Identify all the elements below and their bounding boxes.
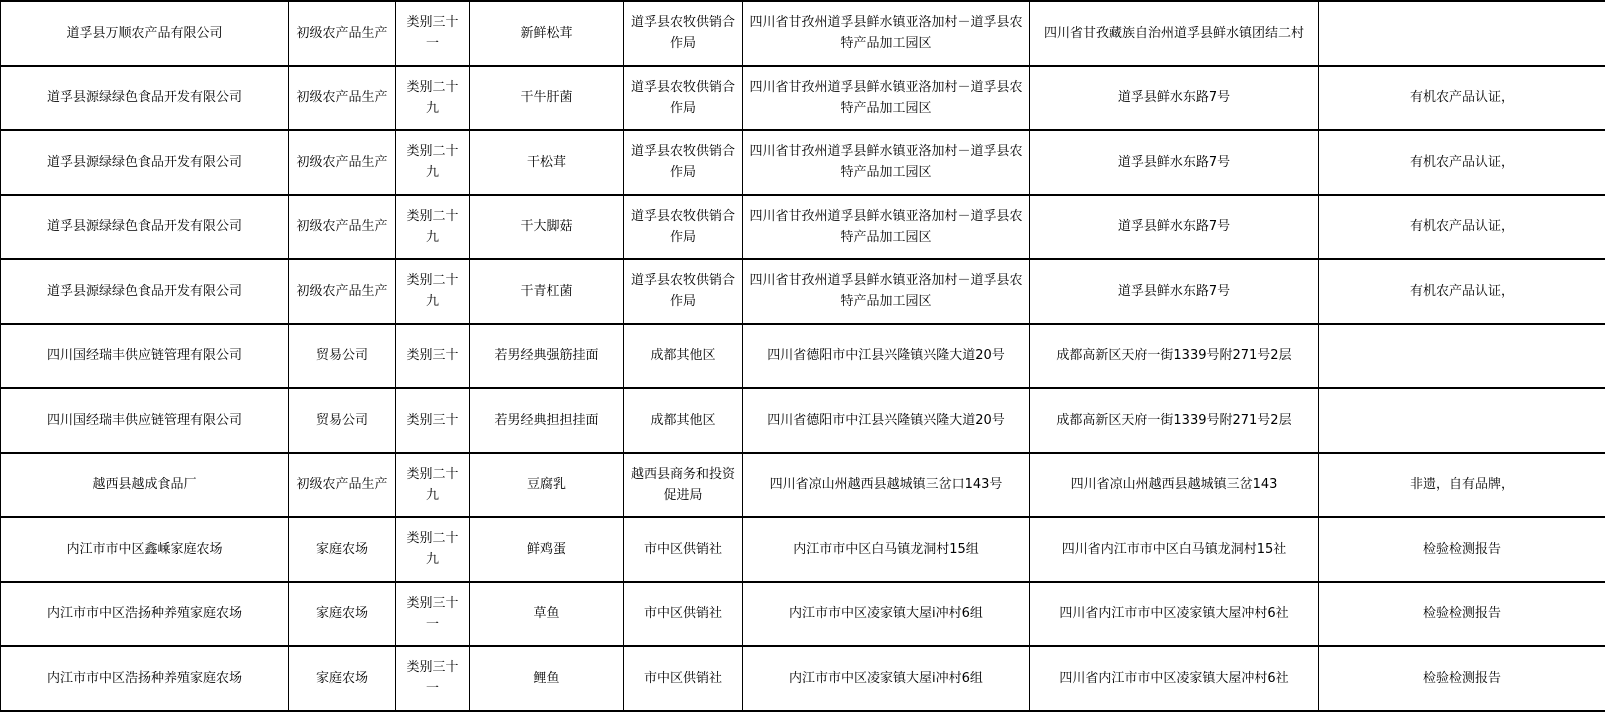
table-cell: 道孚县农牧供销合作局 xyxy=(624,1,743,66)
supplier-products-table: 道孚县万顺农产品有限公司初级农产品生产类别三十一新鲜松茸道孚县农牧供销合作局四川… xyxy=(0,0,1605,712)
table-cell: 道孚县农牧供销合作局 xyxy=(624,195,743,260)
table-cell: 内江市市中区浩扬种养殖家庭农场 xyxy=(1,582,289,647)
table-cell xyxy=(1319,388,1605,453)
table-cell: 草鱼 xyxy=(470,582,624,647)
table-cell: 道孚县源绿绿色食品开发有限公司 xyxy=(1,130,289,195)
table-cell: 贸易公司 xyxy=(289,388,396,453)
table-cell: 类别三十 xyxy=(396,388,470,453)
table-cell: 豆腐乳 xyxy=(470,453,624,518)
table-cell: 四川省甘孜州道孚县鲜水镇亚洛加村－道孚县农特产品加工园区 xyxy=(743,130,1030,195)
table-cell: 若男经典强筋挂面 xyxy=(470,324,624,389)
table-cell: 市中区供销社 xyxy=(624,646,743,711)
table-cell: 鲤鱼 xyxy=(470,646,624,711)
table-cell: 道孚县农牧供销合作局 xyxy=(624,259,743,324)
table-cell: 有机农产品认证， xyxy=(1319,195,1605,260)
table-cell: 检验检测报告 xyxy=(1319,582,1605,647)
table-cell: 成都高新区天府一街1339号附271号2层 xyxy=(1030,324,1319,389)
table-cell: 道孚县农牧供销合作局 xyxy=(624,66,743,131)
table-cell: 道孚县万顺农产品有限公司 xyxy=(1,1,289,66)
table-cell: 类别三十 xyxy=(396,324,470,389)
table-cell: 道孚县源绿绿色食品开发有限公司 xyxy=(1,259,289,324)
table-cell: 家庭农场 xyxy=(289,517,396,582)
table-cell: 道孚县源绿绿色食品开发有限公司 xyxy=(1,66,289,131)
table-cell: 类别二十九 xyxy=(396,259,470,324)
table-row: 四川国经瑞丰供应链管理有限公司贸易公司类别三十若男经典强筋挂面成都其他区四川省德… xyxy=(1,324,1605,389)
table-cell: 检验检测报告 xyxy=(1319,646,1605,711)
table-cell: 初级农产品生产 xyxy=(289,259,396,324)
table-cell: 成都高新区天府一街1339号附271号2层 xyxy=(1030,388,1319,453)
table-cell: 四川省甘孜州道孚县鲜水镇亚洛加村－道孚县农特产品加工园区 xyxy=(743,1,1030,66)
table-cell: 内江市市中区白马镇龙洞村15组 xyxy=(743,517,1030,582)
table-cell: 有机农产品认证， xyxy=(1319,259,1605,324)
table-cell: 市中区供销社 xyxy=(624,517,743,582)
table-cell: 越西县越成食品厂 xyxy=(1,453,289,518)
table-cell xyxy=(1319,324,1605,389)
table-cell: 四川省德阳市中江县兴隆镇兴隆大道20号 xyxy=(743,324,1030,389)
table-cell: 类别二十九 xyxy=(396,66,470,131)
table-cell: 类别三十一 xyxy=(396,1,470,66)
table-cell: 家庭农场 xyxy=(289,582,396,647)
table-row: 道孚县源绿绿色食品开发有限公司初级农产品生产类别二十九干牛肝菌道孚县农牧供销合作… xyxy=(1,66,1605,131)
table-cell xyxy=(1319,1,1605,66)
table-cell: 贸易公司 xyxy=(289,324,396,389)
table-cell: 四川国经瑞丰供应链管理有限公司 xyxy=(1,324,289,389)
table-cell: 干青杠菌 xyxy=(470,259,624,324)
table-cell: 四川省德阳市中江县兴隆镇兴隆大道20号 xyxy=(743,388,1030,453)
table-row: 内江市市中区浩扬种养殖家庭农场家庭农场类别三十一草鱼市中区供销社内江市市中区凌家… xyxy=(1,582,1605,647)
table-cell: 类别二十九 xyxy=(396,195,470,260)
table-cell: 类别二十九 xyxy=(396,130,470,195)
table-cell: 家庭农场 xyxy=(289,646,396,711)
table-cell: 初级农产品生产 xyxy=(289,66,396,131)
table-cell: 干松茸 xyxy=(470,130,624,195)
table-cell: 四川省内江市市中区凌家镇大屋冲村6社 xyxy=(1030,582,1319,647)
table-cell: 内江市市中区凌家镇大屋i冲村6组 xyxy=(743,582,1030,647)
table-cell: 类别二十九 xyxy=(396,517,470,582)
table-cell: 初级农产品生产 xyxy=(289,1,396,66)
table-cell: 道孚县鲜水东路7号 xyxy=(1030,259,1319,324)
table-cell: 类别三十一 xyxy=(396,646,470,711)
table-cell: 成都其他区 xyxy=(624,324,743,389)
table-cell: 若男经典担担挂面 xyxy=(470,388,624,453)
table-cell: 有机农产品认证， xyxy=(1319,66,1605,131)
document-sheet: 道孚县万顺农产品有限公司初级农产品生产类别三十一新鲜松茸道孚县农牧供销合作局四川… xyxy=(0,0,1605,727)
table-row: 道孚县源绿绿色食品开发有限公司初级农产品生产类别二十九干大脚菇道孚县农牧供销合作… xyxy=(1,195,1605,260)
table-cell: 道孚县鲜水东路7号 xyxy=(1030,195,1319,260)
table-cell: 道孚县鲜水东路7号 xyxy=(1030,130,1319,195)
table-cell: 道孚县鲜水东路7号 xyxy=(1030,66,1319,131)
table-cell: 内江市市中区凌家镇大屋i冲村6组 xyxy=(743,646,1030,711)
table-cell: 四川省凉山州越西县越城镇三岔口143号 xyxy=(743,453,1030,518)
table-cell: 类别二十九 xyxy=(396,453,470,518)
table-cell: 成都其他区 xyxy=(624,388,743,453)
table-cell: 内江市市中区浩扬种养殖家庭农场 xyxy=(1,646,289,711)
table-row: 道孚县万顺农产品有限公司初级农产品生产类别三十一新鲜松茸道孚县农牧供销合作局四川… xyxy=(1,1,1605,66)
table-cell: 道孚县农牧供销合作局 xyxy=(624,130,743,195)
table-row: 道孚县源绿绿色食品开发有限公司初级农产品生产类别二十九干青杠菌道孚县农牧供销合作… xyxy=(1,259,1605,324)
table-cell: 四川省内江市市中区白马镇龙洞村15社 xyxy=(1030,517,1319,582)
table-row: 越西县越成食品厂初级农产品生产类别二十九豆腐乳越西县商务和投资促进局四川省凉山州… xyxy=(1,453,1605,518)
table-cell: 类别三十一 xyxy=(396,582,470,647)
table-cell: 四川省甘孜藏族自治州道孚县鲜水镇团结二村 xyxy=(1030,1,1319,66)
table-cell: 市中区供销社 xyxy=(624,582,743,647)
table-cell: 越西县商务和投资促进局 xyxy=(624,453,743,518)
table-cell: 初级农产品生产 xyxy=(289,130,396,195)
table-cell: 新鲜松茸 xyxy=(470,1,624,66)
table-cell: 四川省甘孜州道孚县鲜水镇亚洛加村－道孚县农特产品加工园区 xyxy=(743,259,1030,324)
table-cell: 干牛肝菌 xyxy=(470,66,624,131)
table-cell: 四川省凉山州越西县越城镇三岔143 xyxy=(1030,453,1319,518)
table-cell: 初级农产品生产 xyxy=(289,195,396,260)
table-row: 道孚县源绿绿色食品开发有限公司初级农产品生产类别二十九干松茸道孚县农牧供销合作局… xyxy=(1,130,1605,195)
table-cell: 干大脚菇 xyxy=(470,195,624,260)
table-row: 四川国经瑞丰供应链管理有限公司贸易公司类别三十若男经典担担挂面成都其他区四川省德… xyxy=(1,388,1605,453)
table-cell: 初级农产品生产 xyxy=(289,453,396,518)
table-row: 内江市市中区浩扬种养殖家庭农场家庭农场类别三十一鲤鱼市中区供销社内江市市中区凌家… xyxy=(1,646,1605,711)
table-cell: 非遗，自有品牌， xyxy=(1319,453,1605,518)
table-cell: 四川国经瑞丰供应链管理有限公司 xyxy=(1,388,289,453)
table-cell: 四川省甘孜州道孚县鲜水镇亚洛加村－道孚县农特产品加工园区 xyxy=(743,66,1030,131)
table-row: 内江市市中区鑫嵊家庭农场家庭农场类别二十九鲜鸡蛋市中区供销社内江市市中区白马镇龙… xyxy=(1,517,1605,582)
table-cell: 四川省内江市市中区凌家镇大屋冲村6社 xyxy=(1030,646,1319,711)
table-cell: 检验检测报告 xyxy=(1319,517,1605,582)
table-cell: 内江市市中区鑫嵊家庭农场 xyxy=(1,517,289,582)
table-body: 道孚县万顺农产品有限公司初级农产品生产类别三十一新鲜松茸道孚县农牧供销合作局四川… xyxy=(1,1,1605,711)
table-cell: 有机农产品认证， xyxy=(1319,130,1605,195)
table-cell: 道孚县源绿绿色食品开发有限公司 xyxy=(1,195,289,260)
table-cell: 鲜鸡蛋 xyxy=(470,517,624,582)
table-cell: 四川省甘孜州道孚县鲜水镇亚洛加村－道孚县农特产品加工园区 xyxy=(743,195,1030,260)
